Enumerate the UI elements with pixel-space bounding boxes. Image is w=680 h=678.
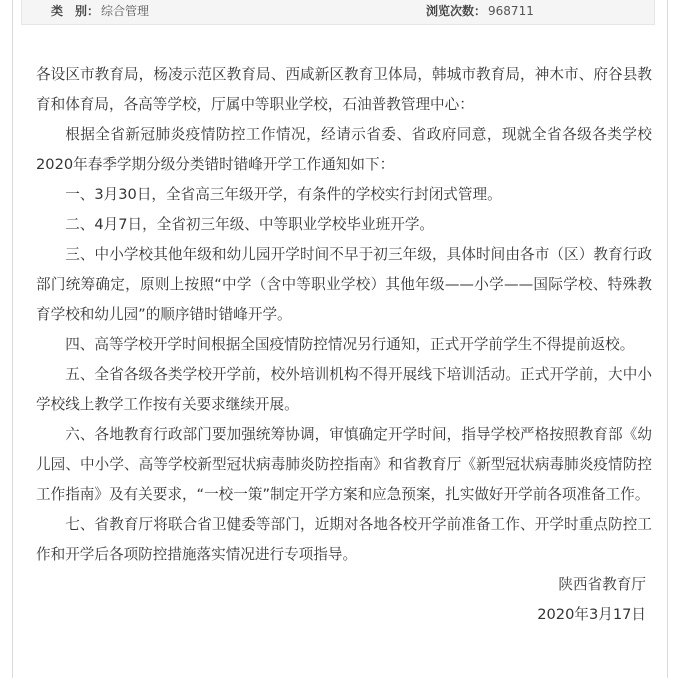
article-info-bar: 类 别：综合管理 浏览次数：968711 xyxy=(21,0,655,25)
category-info: 类 别：综合管理 xyxy=(51,3,149,19)
salutation: 各设区市教育局，杨凌示范区教育局、西咸新区教育卫体局，韩城市教育局，神木市、府谷… xyxy=(36,60,652,120)
view-count-label: 浏览次数： xyxy=(426,4,486,18)
view-count-info: 浏览次数：968711 xyxy=(426,3,534,19)
notice-item-4: 四、高等学校开学时间根据全国疫情防控情况另行通知，正式开学前学生不得提前返校。 xyxy=(36,330,652,360)
notice-item-1: 一、3月30日，全省高三年级开学，有条件的学校实行封闭式管理。 xyxy=(36,180,652,210)
notice-item-3: 三、中小学校其他年级和幼儿园开学时间不早于初三年级，具体时间由各市（区）教育行政… xyxy=(36,240,652,330)
notice-item-5: 五、全省各级各类学校开学前，校外培训机构不得开展线下培训活动。正式开学前，大中小… xyxy=(36,360,652,420)
notice-item-2: 二、4月7日，全省初三年级、中等职业学校毕业班开学。 xyxy=(36,210,652,240)
category-label: 类 别： xyxy=(51,4,99,18)
article-body: 各设区市教育局，杨凌示范区教育局、西咸新区教育卫体局，韩城市教育局，神木市、府谷… xyxy=(36,60,652,630)
view-count-value: 968711 xyxy=(488,4,534,18)
intro-paragraph: 根据全省新冠肺炎疫情防控工作情况，经请示省委、省政府同意，现就全省各级各类学校2… xyxy=(36,120,652,180)
signature: 陕西省教育厅 xyxy=(36,570,652,600)
notice-item-7: 七、省教育厅将联合省卫健委等部门，近期对各地各校开学前准备工作、开学时重点防控工… xyxy=(36,510,652,570)
category-value: 综合管理 xyxy=(101,4,149,18)
notice-item-6: 六、各地教育行政部门要加强统筹协调，审慎确定开学时间，指导学校严格按照教育部《幼… xyxy=(36,420,652,510)
issue-date: 2020年3月17日 xyxy=(36,600,652,630)
